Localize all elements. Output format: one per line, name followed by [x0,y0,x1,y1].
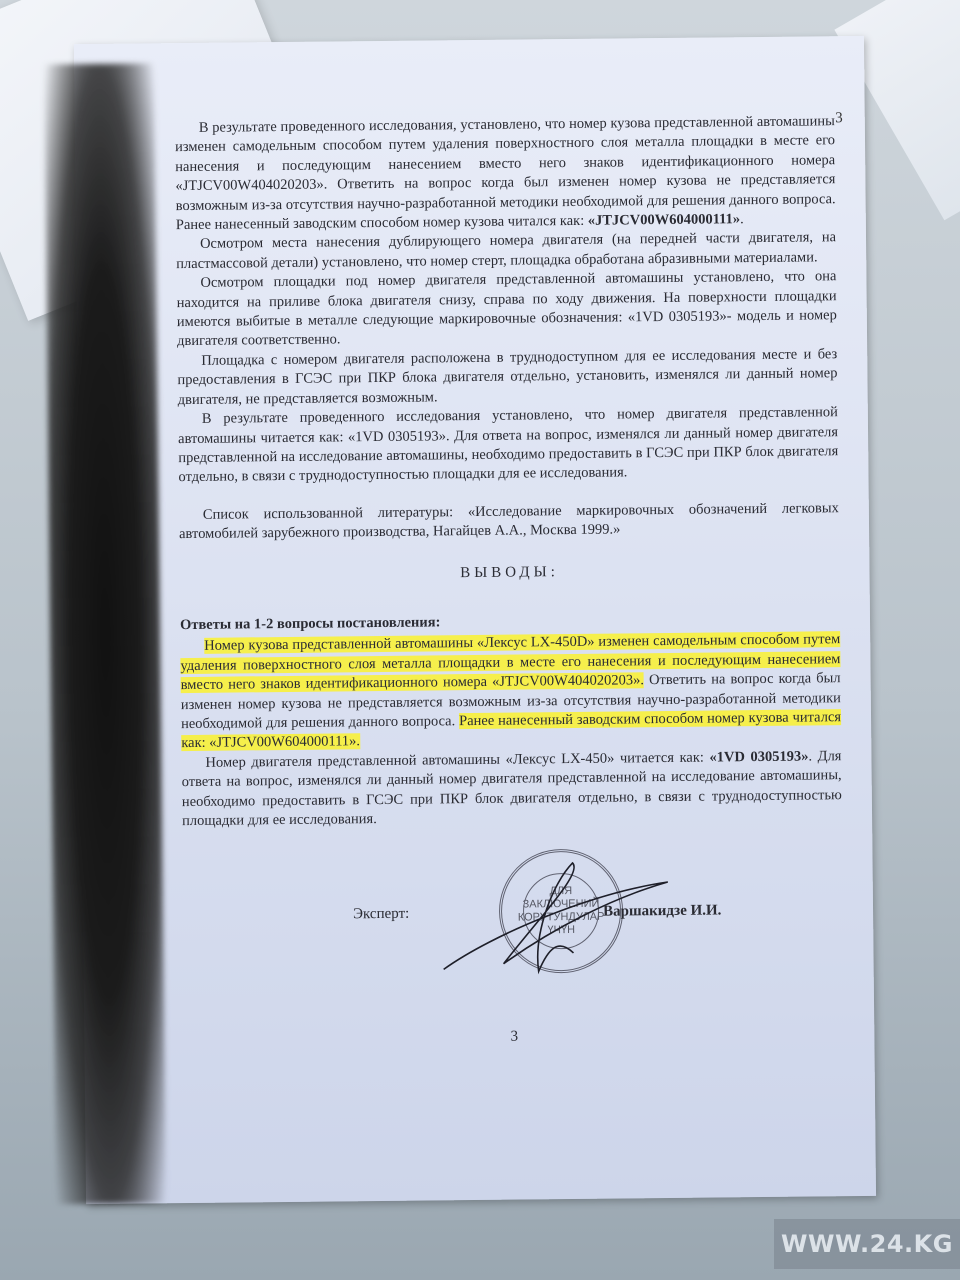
page-number-top: 3 [835,110,843,127]
signature-block: Эксперт: ДЛЯЗАКЛЮЧЕНИЙКОРУТУНДУЛАРҮЧҮН В… [182,851,844,1018]
findings-paragraph: Площадка с номером двигателя расположена… [177,345,838,410]
redaction-bar [44,63,166,1204]
site-watermark: WWW.24.KG [774,1219,960,1269]
findings-paragraph: Осмотром площадки под номер двигателя пр… [176,267,837,352]
paragraph-text: «1VD 0305193» [709,748,808,765]
expert-name: Варшакидзе И.И. [603,902,722,923]
document-content: В результате проведенного исследования, … [175,112,845,1051]
paragraph-text: Площадка с номером двигателя расположена… [177,346,837,408]
paragraph-text: В результате проведенного исследования у… [178,404,838,485]
conclusions-section: Номер кузова представленной автомашины «… [180,631,842,832]
literature-reference: Список использованной литературы: «Иссле… [179,499,839,545]
findings-section: В результате проведенного исследования, … [175,112,839,488]
conclusions-title: ВЫВОДЫ: [179,560,839,586]
paragraph-text: Номер двигателя представленной автомашин… [205,749,709,770]
paragraph-text: Осмотром места нанесения дублирующего но… [176,230,836,272]
findings-paragraph: В результате проведенного исследования, … [175,112,836,235]
conclusion-paragraph: Номер двигателя представленной автомашин… [181,747,842,832]
findings-paragraph: В результате проведенного исследования у… [178,403,839,488]
paragraph-text: Осмотром площадки под номер двигателя пр… [177,268,837,349]
paragraph-text: . [740,211,744,227]
page-number-bottom: 3 [184,1025,844,1051]
document-sheet: 3 В результате проведенного исследования… [74,36,876,1204]
paragraph-text: «JTJCV00W604000111» [588,211,740,229]
expert-label: Эксперт: [353,905,409,925]
conclusion-paragraph: Номер кузова представленной автомашины «… [180,631,841,754]
